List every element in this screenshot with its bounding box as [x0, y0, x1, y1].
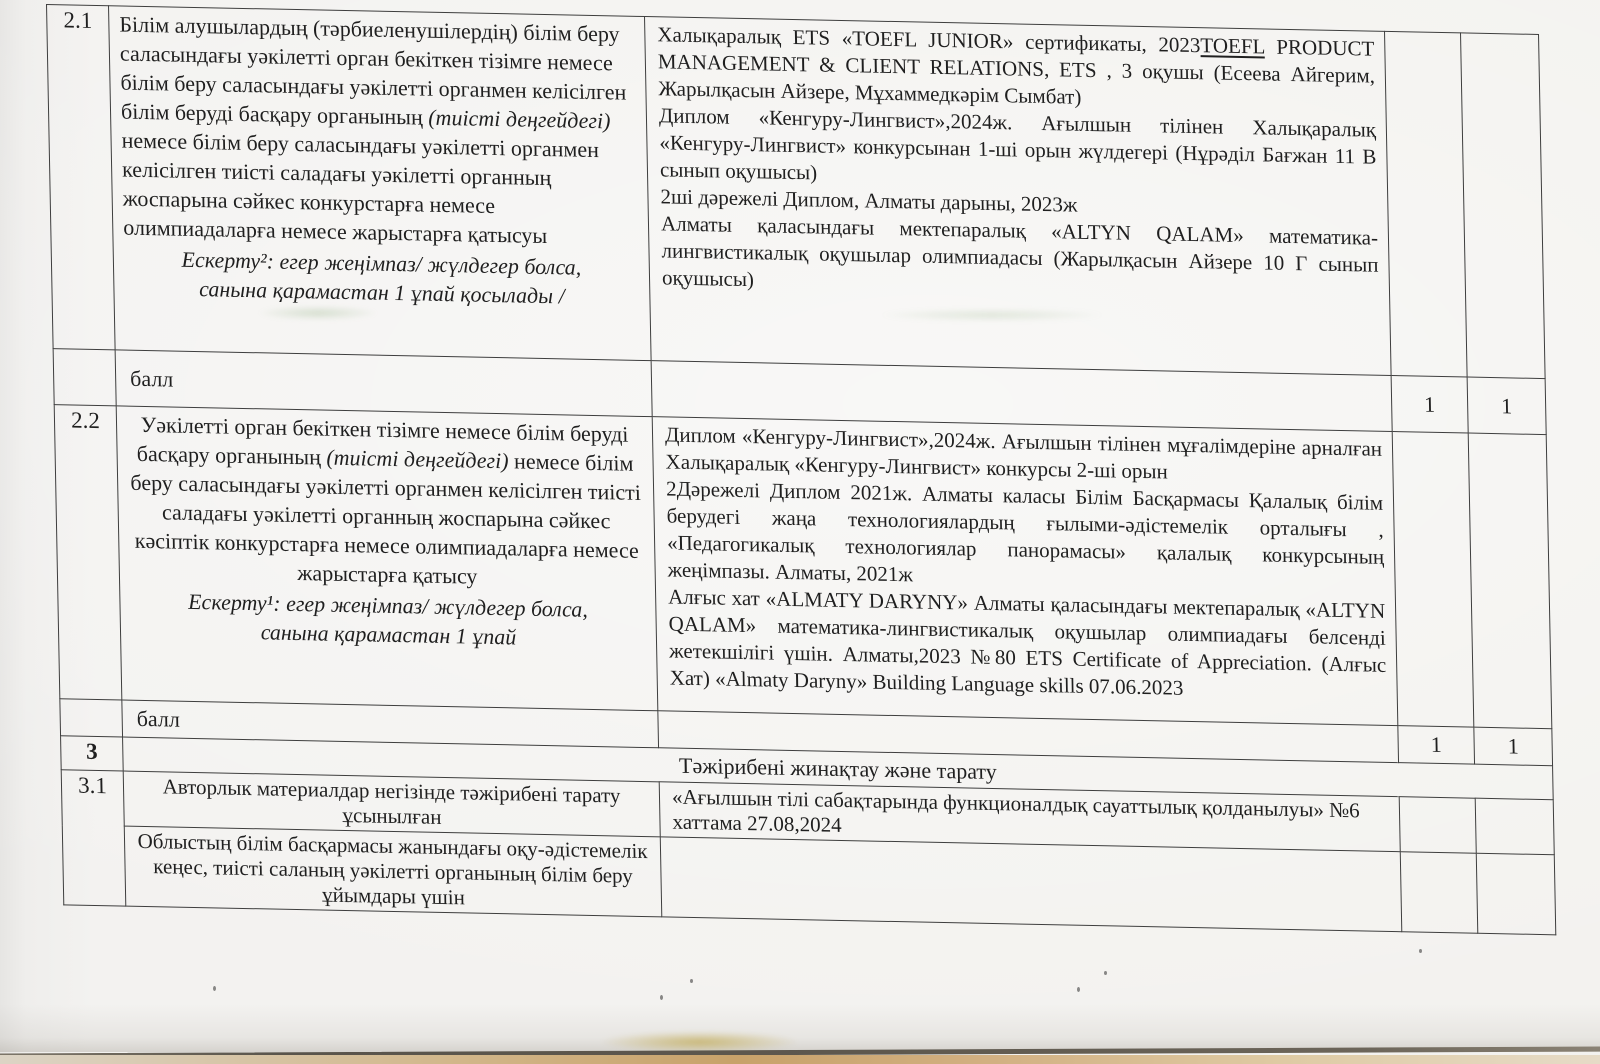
desk-surface-strip	[0, 1055, 1600, 1064]
evidence-paragraph: 2Дәрежелі Диплом 2021ж. Алматы каласы Бі…	[666, 475, 1385, 597]
evaluation-table-wrap: 2.1 Білім алушылардың (тәрбиеленушілерді…	[46, 4, 1555, 935]
evidence-cell-2-2: Диплом «Кенгуру-Лингвист»,2024ж. Ағылшын…	[652, 417, 1398, 726]
evidence-paragraph: Халықаралық ETS «TOEFL JUNIOR» сертифика…	[657, 21, 1376, 116]
score-cell-empty	[1475, 798, 1554, 855]
criterion-text: немесе білім беру саласындағы уәкілетті …	[121, 128, 599, 249]
scan-speck	[660, 995, 663, 1000]
criterion-note: Ескерту²: егер жеңімпаз/ жүлдегер болса,…	[124, 244, 640, 312]
evidence-paragraph: Диплом «Кенгуру-Лингвист»,2024ж. Ағылшын…	[659, 102, 1378, 197]
scanned-document-page: 2.1 Білім алушылардың (тәрбиеленушілерді…	[0, 0, 1600, 1064]
criteria-table: 2.1 Білім алушылардың (тәрбиеленушілерді…	[46, 4, 1556, 935]
row-number-cell: 2.1	[47, 5, 116, 350]
criterion-cell-2-2: Уәкілетті орган бекіткен тізімге немесе …	[116, 406, 658, 711]
score-cell: 1	[1398, 726, 1475, 765]
table-row-2-1: 2.1 Білім алушылардың (тәрбиеленушілерді…	[47, 5, 1546, 379]
paper-curl-shadow	[0, 1004, 1600, 1052]
score-cell-empty	[1399, 797, 1476, 854]
scan-speck	[213, 986, 216, 991]
criterion-text-italic: (тиісті деңгейдегі)	[326, 445, 509, 474]
criterion-text-italic: (тиісті деңгейдегі)	[428, 105, 611, 134]
evidence-cell-2-1: Халықаралық ETS «TOEFL JUNIOR» сертифика…	[645, 17, 1392, 376]
scan-speck	[1104, 971, 1107, 975]
score-cell-empty	[1400, 852, 1478, 934]
row-number-cell-empty	[53, 349, 116, 406]
score-cell: 1	[1467, 377, 1546, 435]
criterion-note: Ескерту¹: егер жеңімпаз/ жүлдегер болса,…	[130, 586, 646, 654]
scan-speck	[1077, 987, 1080, 992]
evidence-cell-empty	[660, 837, 1402, 932]
score-cell: 1	[1474, 727, 1553, 766]
table-row-2-2: 2.2 Уәкілетті орган бекіткен тізімге нем…	[54, 405, 1552, 729]
row-number: 2.1	[63, 7, 92, 33]
score-cell-empty	[1385, 31, 1468, 377]
evidence-paragraph: Алматы қаласындағы мектепаралық «ALTYN Q…	[661, 210, 1380, 305]
underlined-text: TOEFL	[1200, 33, 1265, 58]
row-number: 2.2	[71, 407, 100, 433]
scan-speck	[690, 979, 693, 983]
criterion-cell-3-1b: Облыстың білім басқармасы жанындағы оқу-…	[124, 826, 662, 917]
row-number-cell: 3.1	[61, 770, 126, 906]
score-cell-empty	[1468, 433, 1552, 729]
row-number-cell-empty	[60, 699, 123, 737]
scan-speck	[1419, 949, 1422, 953]
score-cell-empty	[1461, 33, 1546, 379]
score-cell: 1	[1391, 376, 1468, 434]
row-number-cell: 2.2	[54, 405, 122, 700]
score-cell-empty	[1476, 853, 1556, 935]
criterion-cell-2-1: Білім алушылардың (тәрбиеленушілердің) б…	[109, 6, 652, 361]
section-number-cell: 3	[61, 736, 124, 771]
score-cell-empty	[1392, 432, 1474, 728]
evidence-paragraph: Алғыс хат «ALMATY DARYNY» Алматы қаласын…	[668, 583, 1387, 705]
